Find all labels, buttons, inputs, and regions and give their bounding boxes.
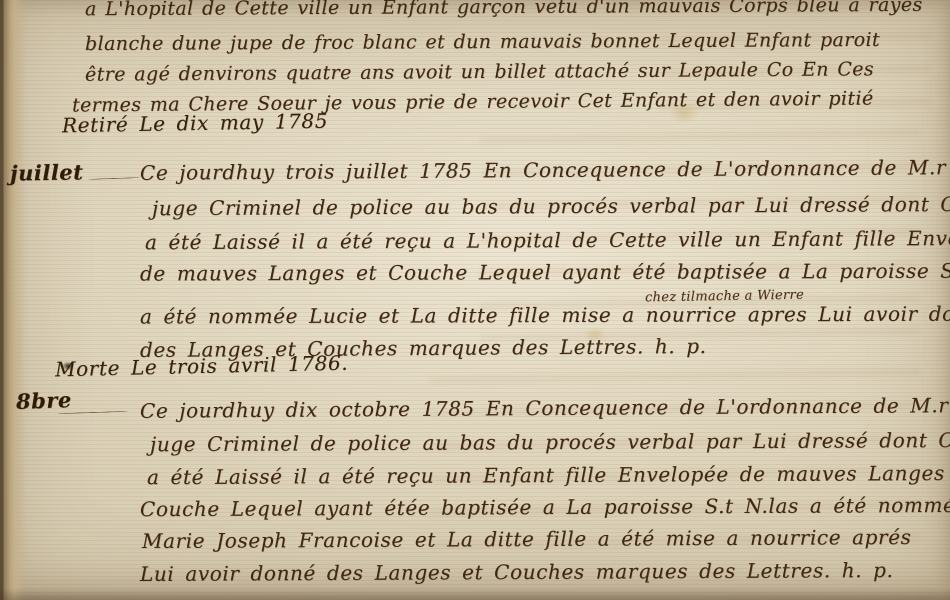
text-line: juge Criminel de police au bas du procés… <box>152 192 950 220</box>
page-bottom-shadow <box>0 588 950 600</box>
margin-label: 8bre <box>16 387 73 414</box>
text-line: a été Laissé il a été reçu un Enfant fil… <box>147 461 950 489</box>
text-line: Ce jourdhuy dix octobre 1785 En Conceque… <box>140 393 949 423</box>
margin-label: juillet <box>10 159 84 185</box>
manuscript-page: a L'hopital de Cette ville un Enfant gar… <box>0 0 950 600</box>
text-line: a L'hopital de Cette ville un Enfant gar… <box>85 0 923 20</box>
text-line: Marie Joseph Francoise et La ditte fille… <box>142 525 912 553</box>
text-line: a été nommée Lucie et La ditte fille mis… <box>140 302 950 329</box>
text-line: a été Laissé il a été reçu a L'hopital d… <box>145 226 950 255</box>
text-line: Couche Lequel ayant étée baptisée a La p… <box>140 493 950 521</box>
binding-edge <box>0 0 26 600</box>
closing-note: Retiré Le dix may 1785 <box>62 109 328 138</box>
text-line: être agé denvirons quatre ans avoit un b… <box>85 58 874 86</box>
text-line: de mauves Langes et Couche Lequel ayant … <box>140 258 950 285</box>
margin-dash <box>88 177 140 180</box>
text-line: blanche dune jupe de froc blanc et dun m… <box>85 29 880 55</box>
closing-note: Morte Le trois avril 1786. <box>55 351 349 382</box>
text-line: Lui avoir donné des Langes et Couches ma… <box>140 558 894 586</box>
text-line: juge Criminel de police au bas du procés… <box>150 428 950 456</box>
text-line: Ce jourdhuy trois juillet 1785 En Conceq… <box>140 155 946 185</box>
